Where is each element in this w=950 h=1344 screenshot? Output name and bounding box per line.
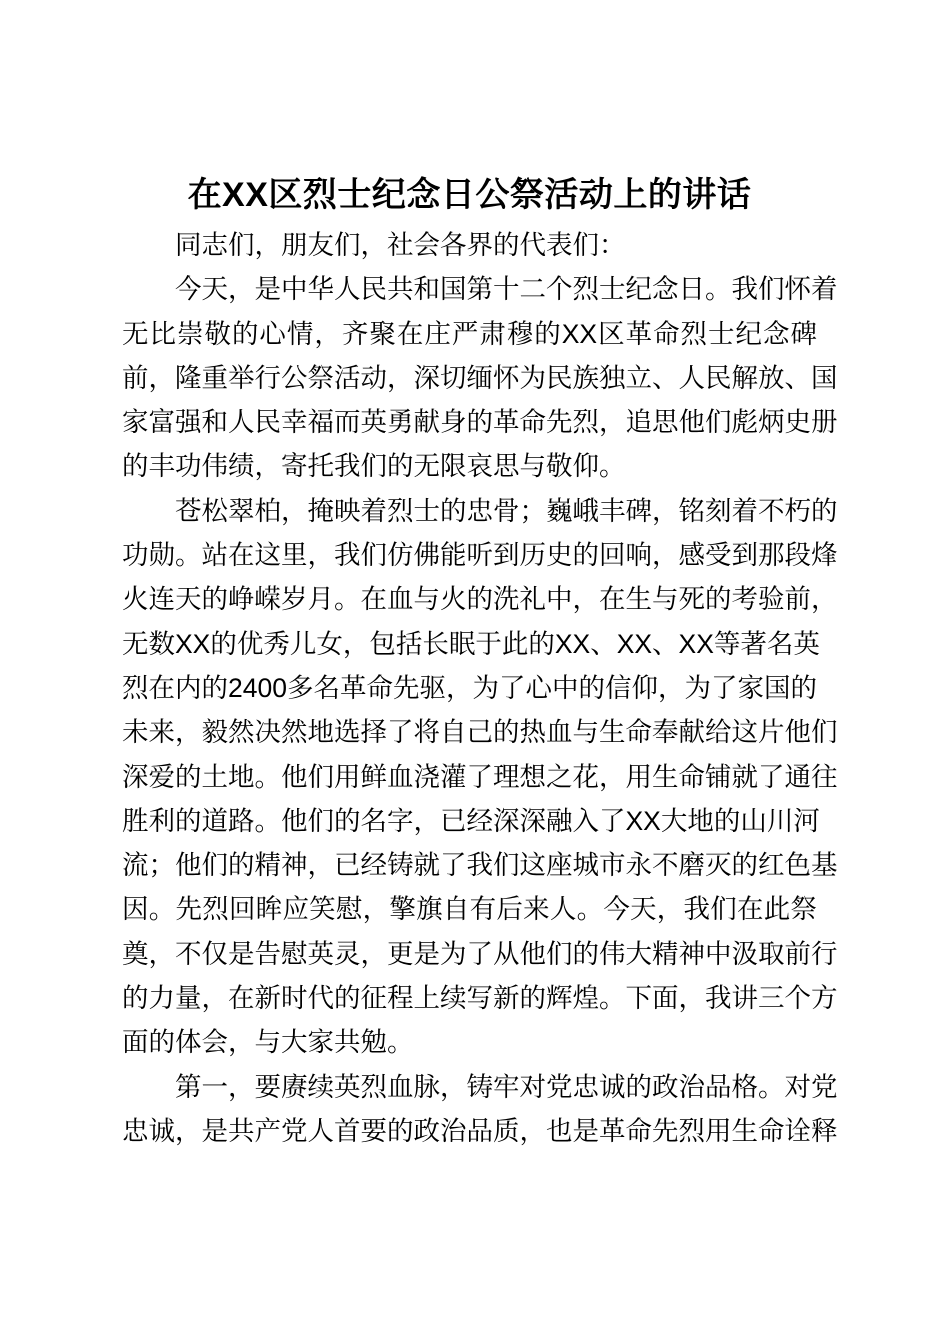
paragraph: 苍松翠柏，掩映着烈士的忠骨；巍峨丰碑，铭刻着不朽的功勋。站在这里，我们仿佛能听到… — [122, 489, 817, 1065]
text-line: 未来，毅然决然地选择了将自己的热血与生命奉献给这片他们 — [122, 710, 817, 754]
text-line: 流；他们的精神，已经铸就了我们这座城市永不磨灭的红色基 — [122, 843, 817, 887]
text-line: 无数XX的优秀儿女，包括长眠于此的XX、XX、XX等著名英 — [122, 622, 817, 666]
text-line: 忠诚，是共产党人首要的政治品质，也是革命先烈用生命诠释 — [122, 1109, 817, 1153]
text-line: 同志们，朋友们，社会各界的代表们： — [122, 223, 817, 267]
paragraph: 今天，是中华人民共和国第十二个烈士纪念日。我们怀着无比崇敬的心情，齐聚在庄严肃穆… — [122, 267, 817, 488]
paragraph: 同志们，朋友们，社会各界的代表们： — [122, 223, 817, 267]
text-line: 火连天的峥嵘岁月。在血与火的洗礼中，在生与死的考验前， — [122, 577, 817, 621]
text-line: 烈在内的2400多名革命先驱，为了心中的信仰，为了家国的 — [122, 666, 817, 710]
text-line: 的力量，在新时代的征程上续写新的辉煌。下面，我讲三个方 — [122, 976, 817, 1020]
text-line: 无比崇敬的心情，齐聚在庄严肃穆的XX区革命烈士纪念碑 — [122, 312, 817, 356]
text-line: 苍松翠柏，掩映着烈士的忠骨；巍峨丰碑，铭刻着不朽的 — [122, 489, 817, 533]
document-page: 在XX区烈士纪念日公祭活动上的讲话 同志们，朋友们，社会各界的代表们：今天，是中… — [0, 0, 950, 1344]
document-title: 在XX区烈士纪念日公祭活动上的讲话 — [122, 170, 817, 220]
text-line: 家富强和人民幸福而英勇献身的革命先烈，追思他们彪炳史册 — [122, 400, 817, 444]
text-line: 因。先烈回眸应笑慰，擎旗自有后来人。今天，我们在此祭 — [122, 887, 817, 931]
text-line: 胜利的道路。他们的名字，已经深深融入了XX大地的山川河 — [122, 799, 817, 843]
text-line: 奠，不仅是告慰英灵，更是为了从他们的伟大精神中汲取前行 — [122, 932, 817, 976]
text-line: 第一，要赓续英烈血脉，铸牢对党忠诚的政治品格。对党 — [122, 1065, 817, 1109]
text-line: 的丰功伟绩，寄托我们的无限哀思与敬仰。 — [122, 444, 817, 488]
text-line: 前，隆重举行公祭活动，深切缅怀为民族独立、人民解放、国 — [122, 356, 817, 400]
document-body: 同志们，朋友们，社会各界的代表们：今天，是中华人民共和国第十二个烈士纪念日。我们… — [122, 223, 817, 1153]
text-line: 面的体会，与大家共勉。 — [122, 1020, 817, 1064]
paragraph: 第一，要赓续英烈血脉，铸牢对党忠诚的政治品格。对党忠诚，是共产党人首要的政治品质… — [122, 1065, 817, 1154]
text-line: 功勋。站在这里，我们仿佛能听到历史的回响，感受到那段烽 — [122, 533, 817, 577]
text-line: 深爱的土地。他们用鲜血浇灌了理想之花，用生命铺就了通往 — [122, 755, 817, 799]
text-line: 今天，是中华人民共和国第十二个烈士纪念日。我们怀着 — [122, 267, 817, 311]
